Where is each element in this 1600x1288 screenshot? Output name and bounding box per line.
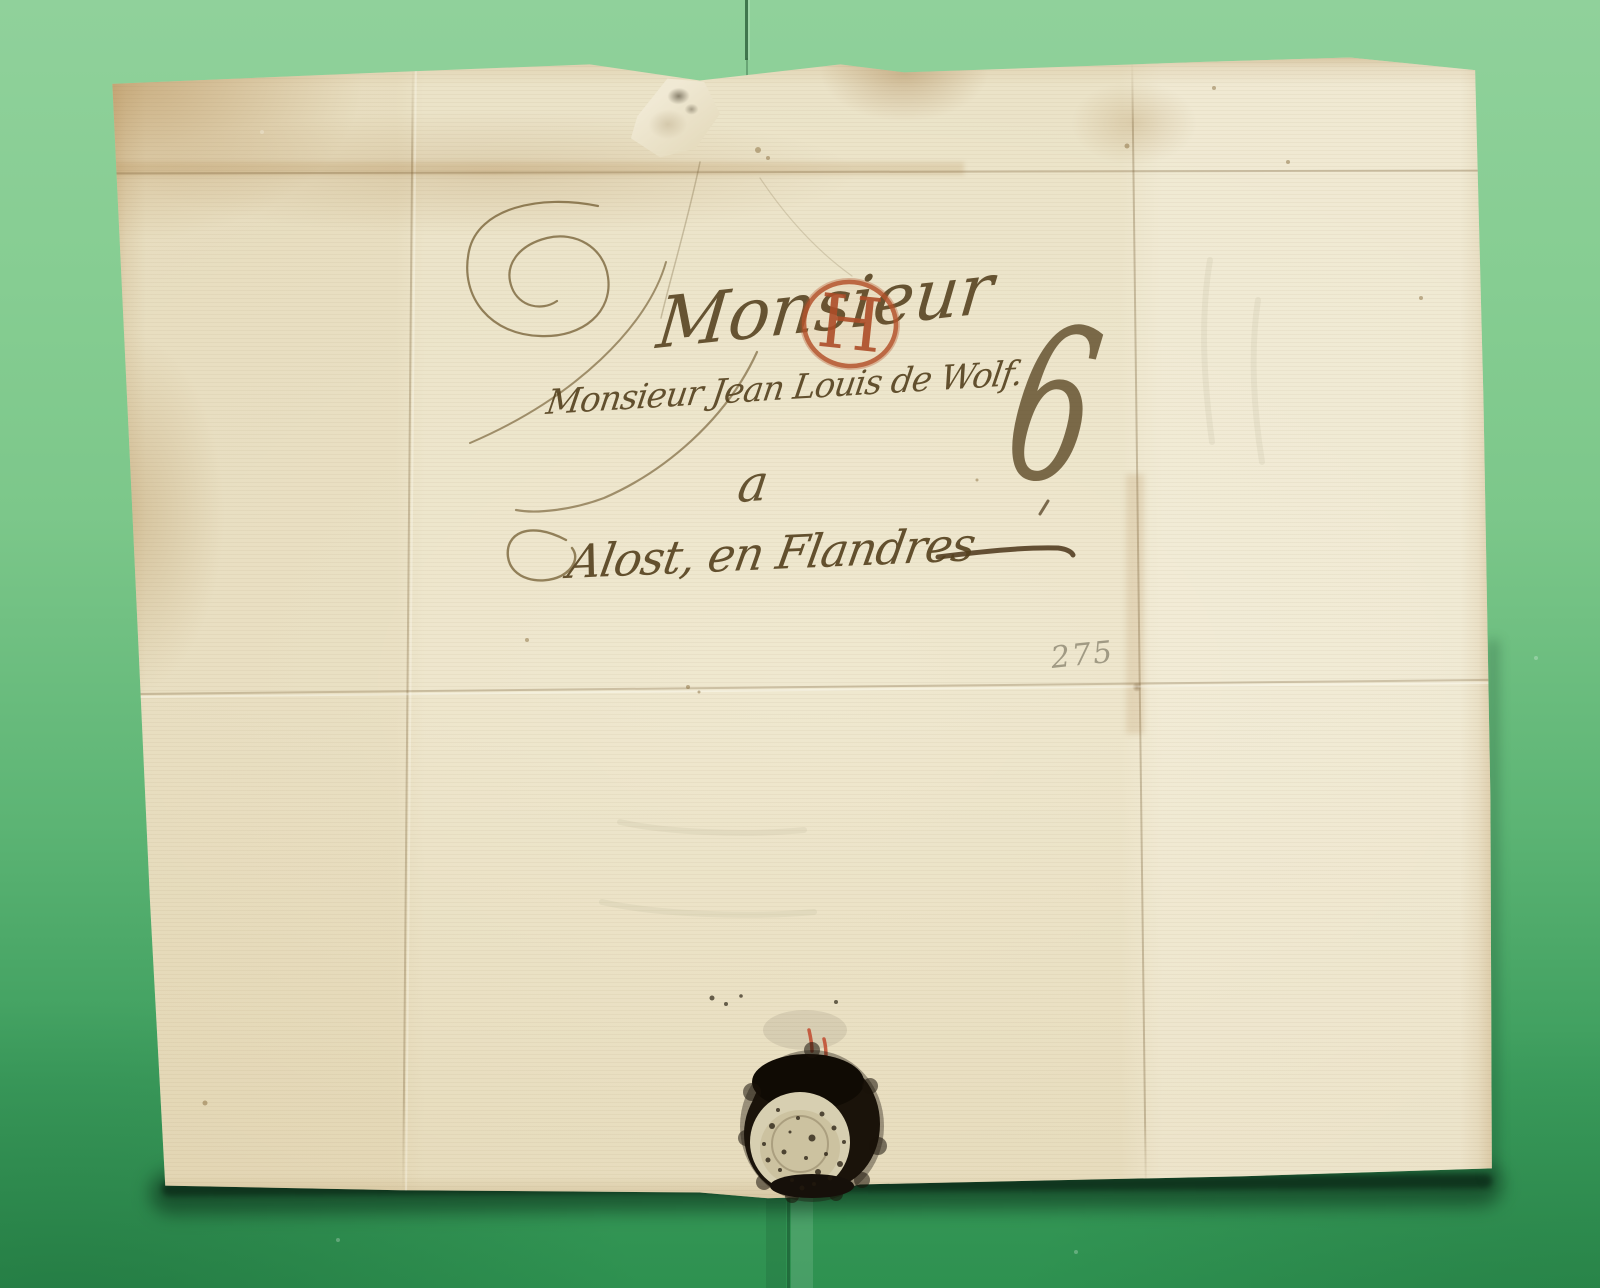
dust [1534, 656, 1538, 660]
foxing-spot [1419, 296, 1423, 300]
ghost-stroke [1254, 300, 1262, 462]
dust [260, 130, 264, 134]
seal-speckle [832, 1126, 837, 1131]
seal-smudge-halo [763, 1010, 847, 1050]
pencil-number: 275 [1048, 635, 1116, 677]
ghost-stroke [602, 902, 814, 915]
handwriting-overlay: Monsieur H Monsieur Jean Louis de Wolf. … [0, 0, 1600, 1288]
dust [336, 1238, 340, 1242]
soot-speck [710, 996, 715, 1001]
seal-speckle [812, 1182, 816, 1186]
seal-speckle [796, 1116, 800, 1120]
photo-background: Monsieur H Monsieur Jean Louis de Wolf. … [0, 0, 1600, 1288]
seal-speckle [776, 1108, 780, 1112]
seal-speckle [804, 1156, 808, 1160]
seal-edge-bump [869, 1137, 887, 1155]
seal-speckle [769, 1123, 775, 1129]
seal-speckle [766, 1158, 771, 1163]
seal-speckle [778, 1168, 782, 1172]
paper-crease-mark-2 [760, 178, 852, 276]
foxing-spot [203, 1101, 208, 1106]
dust [1074, 1250, 1078, 1254]
foxing-spots [203, 86, 1424, 1106]
seal-speckle [782, 1150, 787, 1155]
seal-edge-bump [854, 1172, 870, 1188]
address-preposition: a [734, 453, 772, 514]
seal-speckle [789, 1131, 792, 1134]
seal-speckle [837, 1161, 843, 1167]
address-addressee: Monsieur Jean Louis de Wolf. [543, 354, 1025, 423]
seal-speckle [820, 1112, 825, 1117]
foxing-spot [1125, 144, 1130, 149]
seal-speckle [815, 1169, 821, 1175]
foxing-spot [755, 147, 761, 153]
seal-speckle [762, 1142, 766, 1146]
stamp-letter: H [813, 278, 886, 370]
wax-seal [738, 1042, 887, 1203]
rate-mark: 6 [991, 275, 1115, 536]
soot-speck [724, 1002, 728, 1006]
soot-speck [834, 1000, 838, 1004]
ghost-stroke [1204, 260, 1212, 442]
ink-spiral [467, 202, 608, 336]
foxing-spot [766, 156, 770, 160]
address-destination: Alost, en Flandres [560, 517, 979, 589]
seal-speckle [790, 1178, 794, 1182]
seal-edge-bump [862, 1078, 878, 1094]
soot-specks [710, 994, 839, 1006]
foxing-spot [686, 685, 690, 689]
seal-speckle [824, 1152, 828, 1156]
seal-speckle [809, 1135, 816, 1142]
foxing-spot [976, 479, 979, 482]
seal-wax-fringe [770, 1174, 854, 1198]
seal-speckle [800, 1186, 805, 1191]
foxing-spot [698, 691, 701, 694]
soot-speck [739, 994, 743, 998]
seal-edge-bump [804, 1042, 820, 1058]
seal-speckle [828, 1176, 833, 1181]
ghost-stroke [620, 822, 804, 833]
foxing-spot [525, 638, 529, 642]
seal-speckle [842, 1140, 846, 1144]
foxing-spot [1286, 160, 1290, 164]
ink-loop-alost [508, 530, 575, 580]
foxing-spot [1212, 86, 1216, 90]
seal-edge-bump [743, 1083, 761, 1101]
